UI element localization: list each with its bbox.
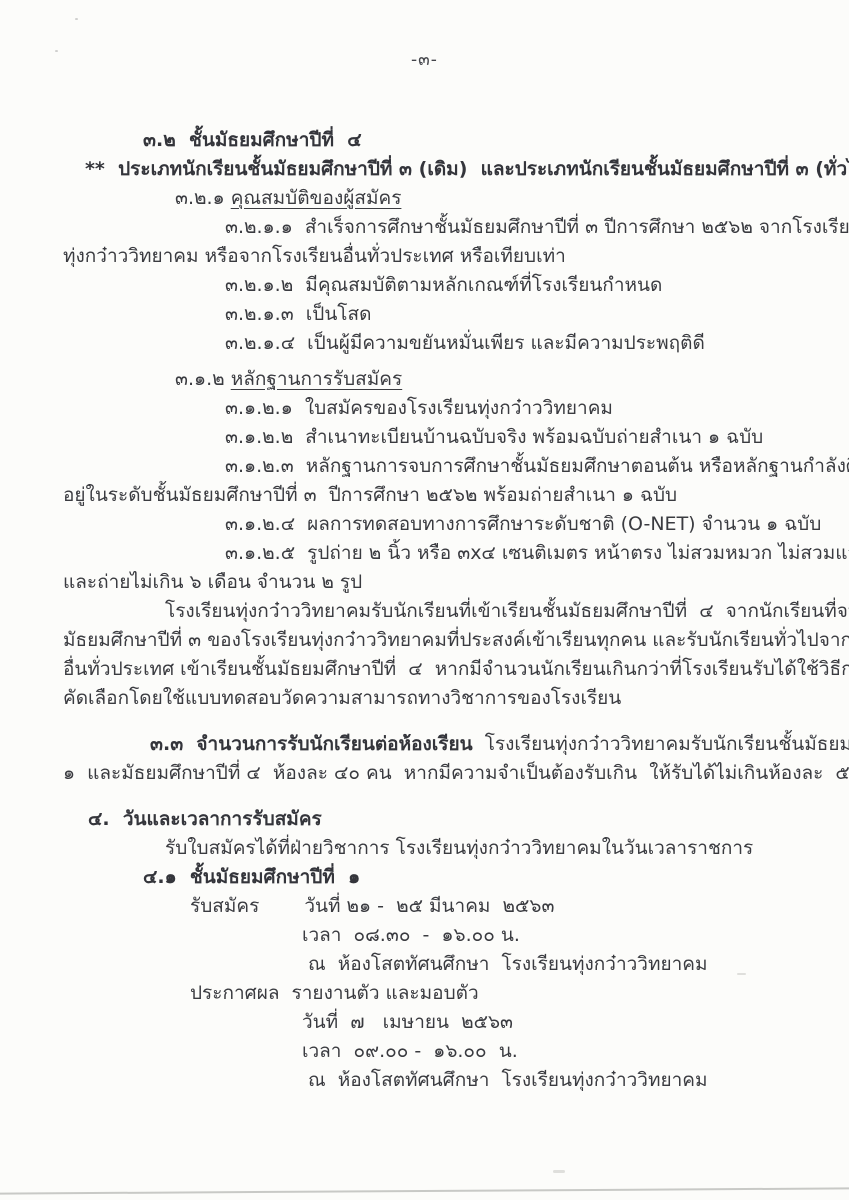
text-run: ** ประเภทนักเรียนชั้นมัธยมศึกษาปีที่ ๓ (…	[85, 158, 849, 180]
doc-line: อยู่ในระดับชั้นมัธยมศึกษาปีที่ ๓ ปีการศึ…	[0, 481, 849, 510]
doc-line: คัดเลือกโดยใช้แบบทดสอบวัดความสามารถทางวิ…	[0, 684, 849, 713]
scan-speck	[55, 50, 58, 52]
scan-speck	[737, 973, 746, 975]
text-run: หลักฐานการรับสมัคร	[231, 368, 403, 390]
text-run: วันที่ ๒๑ - ๒๕ มีนาคม ๒๕๖๓	[304, 895, 554, 917]
doc-line: เวลา ๐๙.๐๐ - ๑๖.๐๐ น.	[0, 1037, 849, 1066]
text-run: ๔. วันและเวลาการรับสมัคร	[88, 808, 322, 830]
doc-line: โรงเรียนทุ่งกว๋าววิทยาคมรับนักเรียนที่เข…	[0, 597, 849, 626]
text-run: ๓.๑.๒.๒ สำเนาทะเบียนบ้านฉบับจริง พร้อมฉบ…	[225, 426, 763, 448]
scan-edge-line	[0, 1187, 849, 1194]
doc-line: ๓.๑.๒ หลักฐานการรับสมัคร	[0, 365, 849, 394]
text-run: ๓.๑.๒	[175, 368, 231, 390]
doc-line: ๓.๑.๒.๕ รูปถ่าย ๒ นิ้ว หรือ ๓x๔ เซนติเมต…	[0, 539, 849, 568]
text-run: ๓.๒ ชั้นมัธยมศึกษาปีที่ ๔	[143, 129, 362, 151]
text-run: โรงเรียนทุ่งกว๋าววิทยาคมรับนักเรียนที่เข…	[165, 600, 849, 622]
doc-line: ณ ห้องโสตทัศนศึกษา โรงเรียนทุ่งกว๋าววิทย…	[0, 950, 849, 979]
text-run: ๓.๒.๑.๑ สำเร็จการศึกษาชั้นมัธยมศึกษาปีที…	[225, 216, 849, 238]
text-run: มัธยมศึกษาปีที่ ๓ ของโรงเรียนทุ่งกว๋าววิ…	[63, 629, 849, 651]
doc-line: ๔.๑ ชั้นมัธยมศึกษาปีที่ ๑	[0, 863, 849, 892]
doc-line: และถ่ายไม่เกิน ๖ เดือน จำนวน ๒ รูป	[0, 568, 849, 597]
doc-line: ณ ห้องโสตทัศนศึกษา โรงเรียนทุ่งกว๋าววิทย…	[0, 1066, 849, 1095]
text-run: ๑ และมัธยมศึกษาปีที่ ๔ ห้องละ ๔๐ คน หากม…	[63, 762, 849, 784]
doc-line: ๓.๓ จำนวนการรับนักเรียนต่อห้องเรียน โรงเ…	[0, 730, 849, 759]
text-run: ๓.๑.๒.๑ ใบสมัครของโรงเรียนทุ่งกว๋าววิทยา…	[225, 397, 613, 419]
doc-line: ๓.๑.๒.๔ ผลการทดสอบทางการศึกษาระดับชาติ (…	[0, 510, 849, 539]
doc-line: ประกาศผล รายงานตัว และมอบตัว	[0, 979, 849, 1008]
text-run: ๓.๒.๑.๒ มีคุณสมบัติตามหลักเกณฑ์ที่โรงเรี…	[225, 274, 662, 296]
doc-line: ทุ่งกว๋าววิทยาคม หรือจากโรงเรียนอื่นทั่ว…	[0, 242, 849, 271]
doc-line: ๓.๒.๑.๑ สำเร็จการศึกษาชั้นมัธยมศึกษาปีที…	[0, 213, 849, 242]
text-run: ณ ห้องโสตทัศนศึกษา โรงเรียนทุ่งกว๋าววิทย…	[308, 1069, 708, 1091]
doc-line: ๓.๒.๑.๒ มีคุณสมบัติตามหลักเกณฑ์ที่โรงเรี…	[0, 271, 849, 300]
doc-line: รับใบสมัครได้ที่ฝ่ายวิชาการ โรงเรียนทุ่ง…	[0, 834, 849, 863]
doc-line: ๓.๒.๑ คุณสมบัติของผู้สมัคร	[0, 184, 849, 213]
doc-line: ๓.๒.๑.๔ เป็นผู้มีความขยันหมั่นเพียร และม…	[0, 329, 849, 358]
text-run: ทุ่งกว๋าววิทยาคม หรือจากโรงเรียนอื่นทั่ว…	[63, 245, 566, 267]
text-run: ๔.๑ ชั้นมัธยมศึกษาปีที่ ๑	[143, 866, 360, 888]
doc-line: ๓.๒ ชั้นมัธยมศึกษาปีที่ ๔	[0, 126, 849, 155]
doc-line: ๓.๒.๑.๓ เป็นโสด	[0, 300, 849, 329]
doc-line: ๓.๑.๒.๓ หลักฐานการจบการศึกษาชั้นมัธยมศึก…	[0, 452, 849, 481]
doc-line: เวลา ๐๘.๓๐ - ๑๖.๐๐ น.	[0, 921, 849, 950]
text-run: โรงเรียนทุ่งกว๋าววิทยาคมรับนักเรียนชั้นม…	[473, 733, 849, 755]
text-run: ๓.๑.๒.๓ หลักฐานการจบการศึกษาชั้นมัธยมศึก…	[225, 455, 849, 477]
doc-line: อื่นทั่วประเทศ เข้าเรียนชั้นมัธยมศึกษาปี…	[0, 655, 849, 684]
doc-line: มัธยมศึกษาปีที่ ๓ ของโรงเรียนทุ่งกว๋าววิ…	[0, 626, 849, 655]
text-run: และถ่ายไม่เกิน ๖ เดือน จำนวน ๒ รูป	[63, 571, 362, 593]
text-run: ๓.๒.๑.๓ เป็นโสด	[225, 303, 371, 325]
doc-line: ๓.๑.๒.๑ ใบสมัครของโรงเรียนทุ่งกว๋าววิทยา…	[0, 394, 849, 423]
text-run: ๓.๒.๑.๔ เป็นผู้มีความขยันหมั่นเพียร และม…	[225, 332, 705, 354]
text-run: รับสมัคร	[190, 895, 259, 917]
page-number: -๓-	[0, 46, 849, 73]
text-run: ณ ห้องโสตทัศนศึกษา โรงเรียนทุ่งกว๋าววิทย…	[308, 953, 708, 975]
text-run: วันที่ ๗ เมษายน ๒๕๖๓	[302, 1011, 513, 1033]
scan-speck	[75, 18, 78, 20]
doc-line: ** ประเภทนักเรียนชั้นมัธยมศึกษาปีที่ ๓ (…	[0, 155, 849, 184]
text-run: เวลา ๐๙.๐๐ - ๑๖.๐๐ น.	[302, 1040, 518, 1062]
doc-line: ๑ และมัธยมศึกษาปีที่ ๔ ห้องละ ๔๐ คน หากม…	[0, 759, 849, 788]
text-run: อื่นทั่วประเทศ เข้าเรียนชั้นมัธยมศึกษาปี…	[63, 658, 849, 680]
text-run: ๓.๑.๒.๔ ผลการทดสอบทางการศึกษาระดับชาติ (…	[225, 513, 821, 535]
text-run: ๓.๒.๑	[175, 187, 231, 209]
scan-speck	[553, 1170, 565, 1173]
doc-line: ๔. วันและเวลาการรับสมัคร	[0, 805, 849, 834]
text-run: คุณสมบัติของผู้สมัคร	[231, 187, 402, 209]
doc-line: รับสมัครวันที่ ๒๑ - ๒๕ มีนาคม ๒๕๖๓	[0, 892, 849, 921]
document-page: -๓- ๓.๒ ชั้นมัธยมศึกษาปีที่ ๔** ประเภทนั…	[0, 0, 849, 1200]
text-run: ๓.๑.๒.๕ รูปถ่าย ๒ นิ้ว หรือ ๓x๔ เซนติเมต…	[225, 542, 849, 564]
doc-line: ๓.๑.๒.๒ สำเนาทะเบียนบ้านฉบับจริง พร้อมฉบ…	[0, 423, 849, 452]
document-body: ๓.๒ ชั้นมัธยมศึกษาปีที่ ๔** ประเภทนักเรี…	[0, 126, 849, 1095]
doc-line: วันที่ ๗ เมษายน ๒๕๖๓	[0, 1008, 849, 1037]
text-run: ๓.๓ จำนวนการรับนักเรียนต่อห้องเรียน	[150, 733, 473, 755]
text-run: ประกาศผล รายงานตัว และมอบตัว	[190, 982, 479, 1004]
text-run: คัดเลือกโดยใช้แบบทดสอบวัดความสามารถทางวิ…	[63, 687, 621, 709]
text-run: อยู่ในระดับชั้นมัธยมศึกษาปีที่ ๓ ปีการศึ…	[63, 484, 677, 506]
text-run: รับใบสมัครได้ที่ฝ่ายวิชาการ โรงเรียนทุ่ง…	[165, 837, 753, 859]
text-run: เวลา ๐๘.๓๐ - ๑๖.๐๐ น.	[302, 924, 520, 946]
